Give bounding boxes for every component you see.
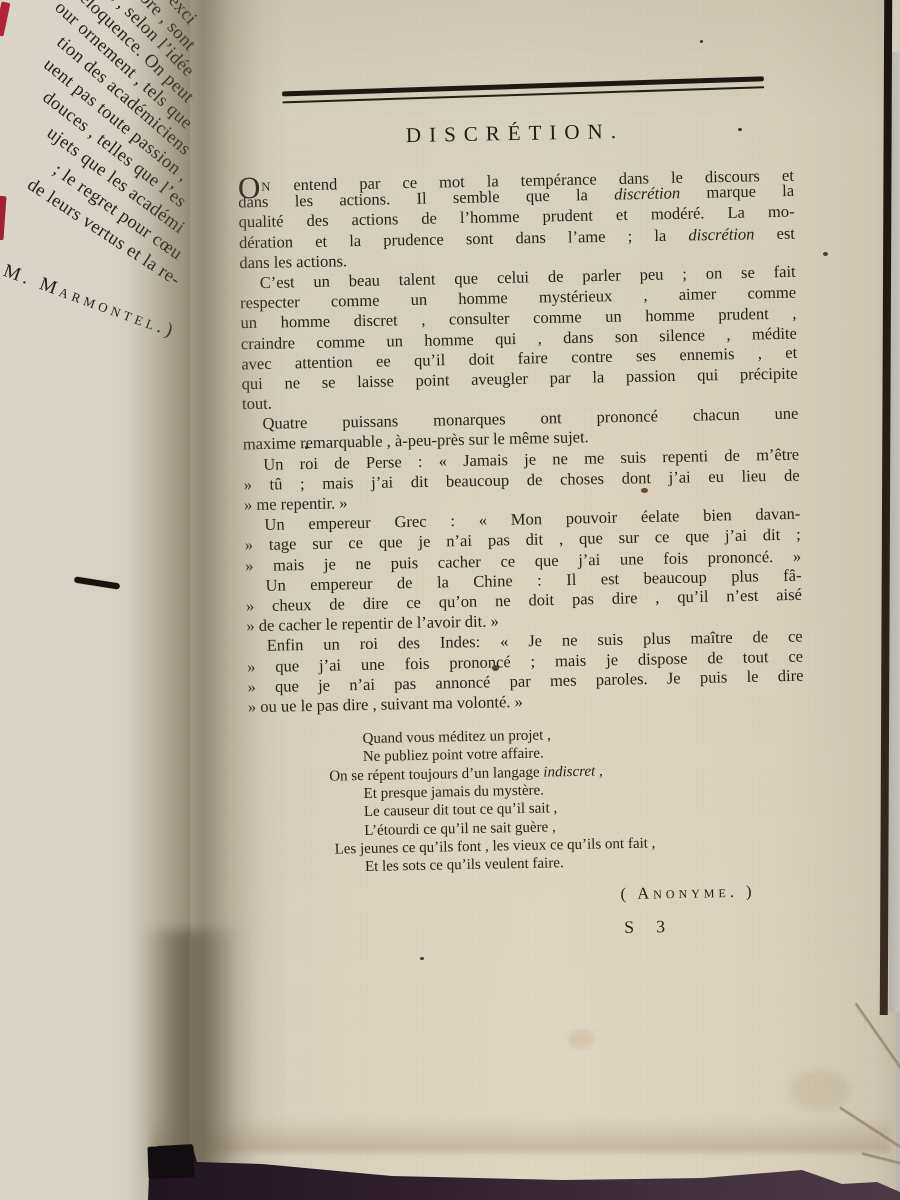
printed-text-block: DISCRÉTION. ON entend par ce mot la temp… [236, 79, 808, 946]
header-rules [282, 76, 764, 103]
stain [790, 1070, 850, 1110]
page-title: DISCRÉTION. [237, 116, 793, 152]
left-page: on du cœur , ni orateur doit y exci e or… [0, 0, 190, 1200]
stain [420, 957, 424, 960]
stain [738, 128, 742, 131]
drop-cap: O [238, 172, 261, 189]
book-photo: on du cœur , ni orateur doit y exci e or… [0, 0, 900, 1200]
stain [641, 488, 648, 493]
stain [305, 446, 308, 449]
stain [492, 665, 499, 671]
body-text: ON entend par ce mot la tempérance dans … [238, 162, 804, 718]
attribution: ( Anonyme. ) [251, 881, 807, 912]
crease-line [855, 1002, 900, 1079]
crease-line [839, 1106, 900, 1147]
crease-line [862, 1152, 900, 1168]
gutter-dark-notch [147, 1145, 194, 1179]
poem: Quand vous méditez un projet , Ne publie… [248, 722, 807, 879]
stain [700, 40, 703, 43]
right-page: DISCRÉTION. ON entend par ce mot la temp… [140, 0, 896, 1200]
signature-mark: S 3 [624, 914, 808, 939]
stain [568, 1030, 594, 1048]
printed-rule-fragment [74, 576, 120, 589]
stain [823, 252, 828, 256]
